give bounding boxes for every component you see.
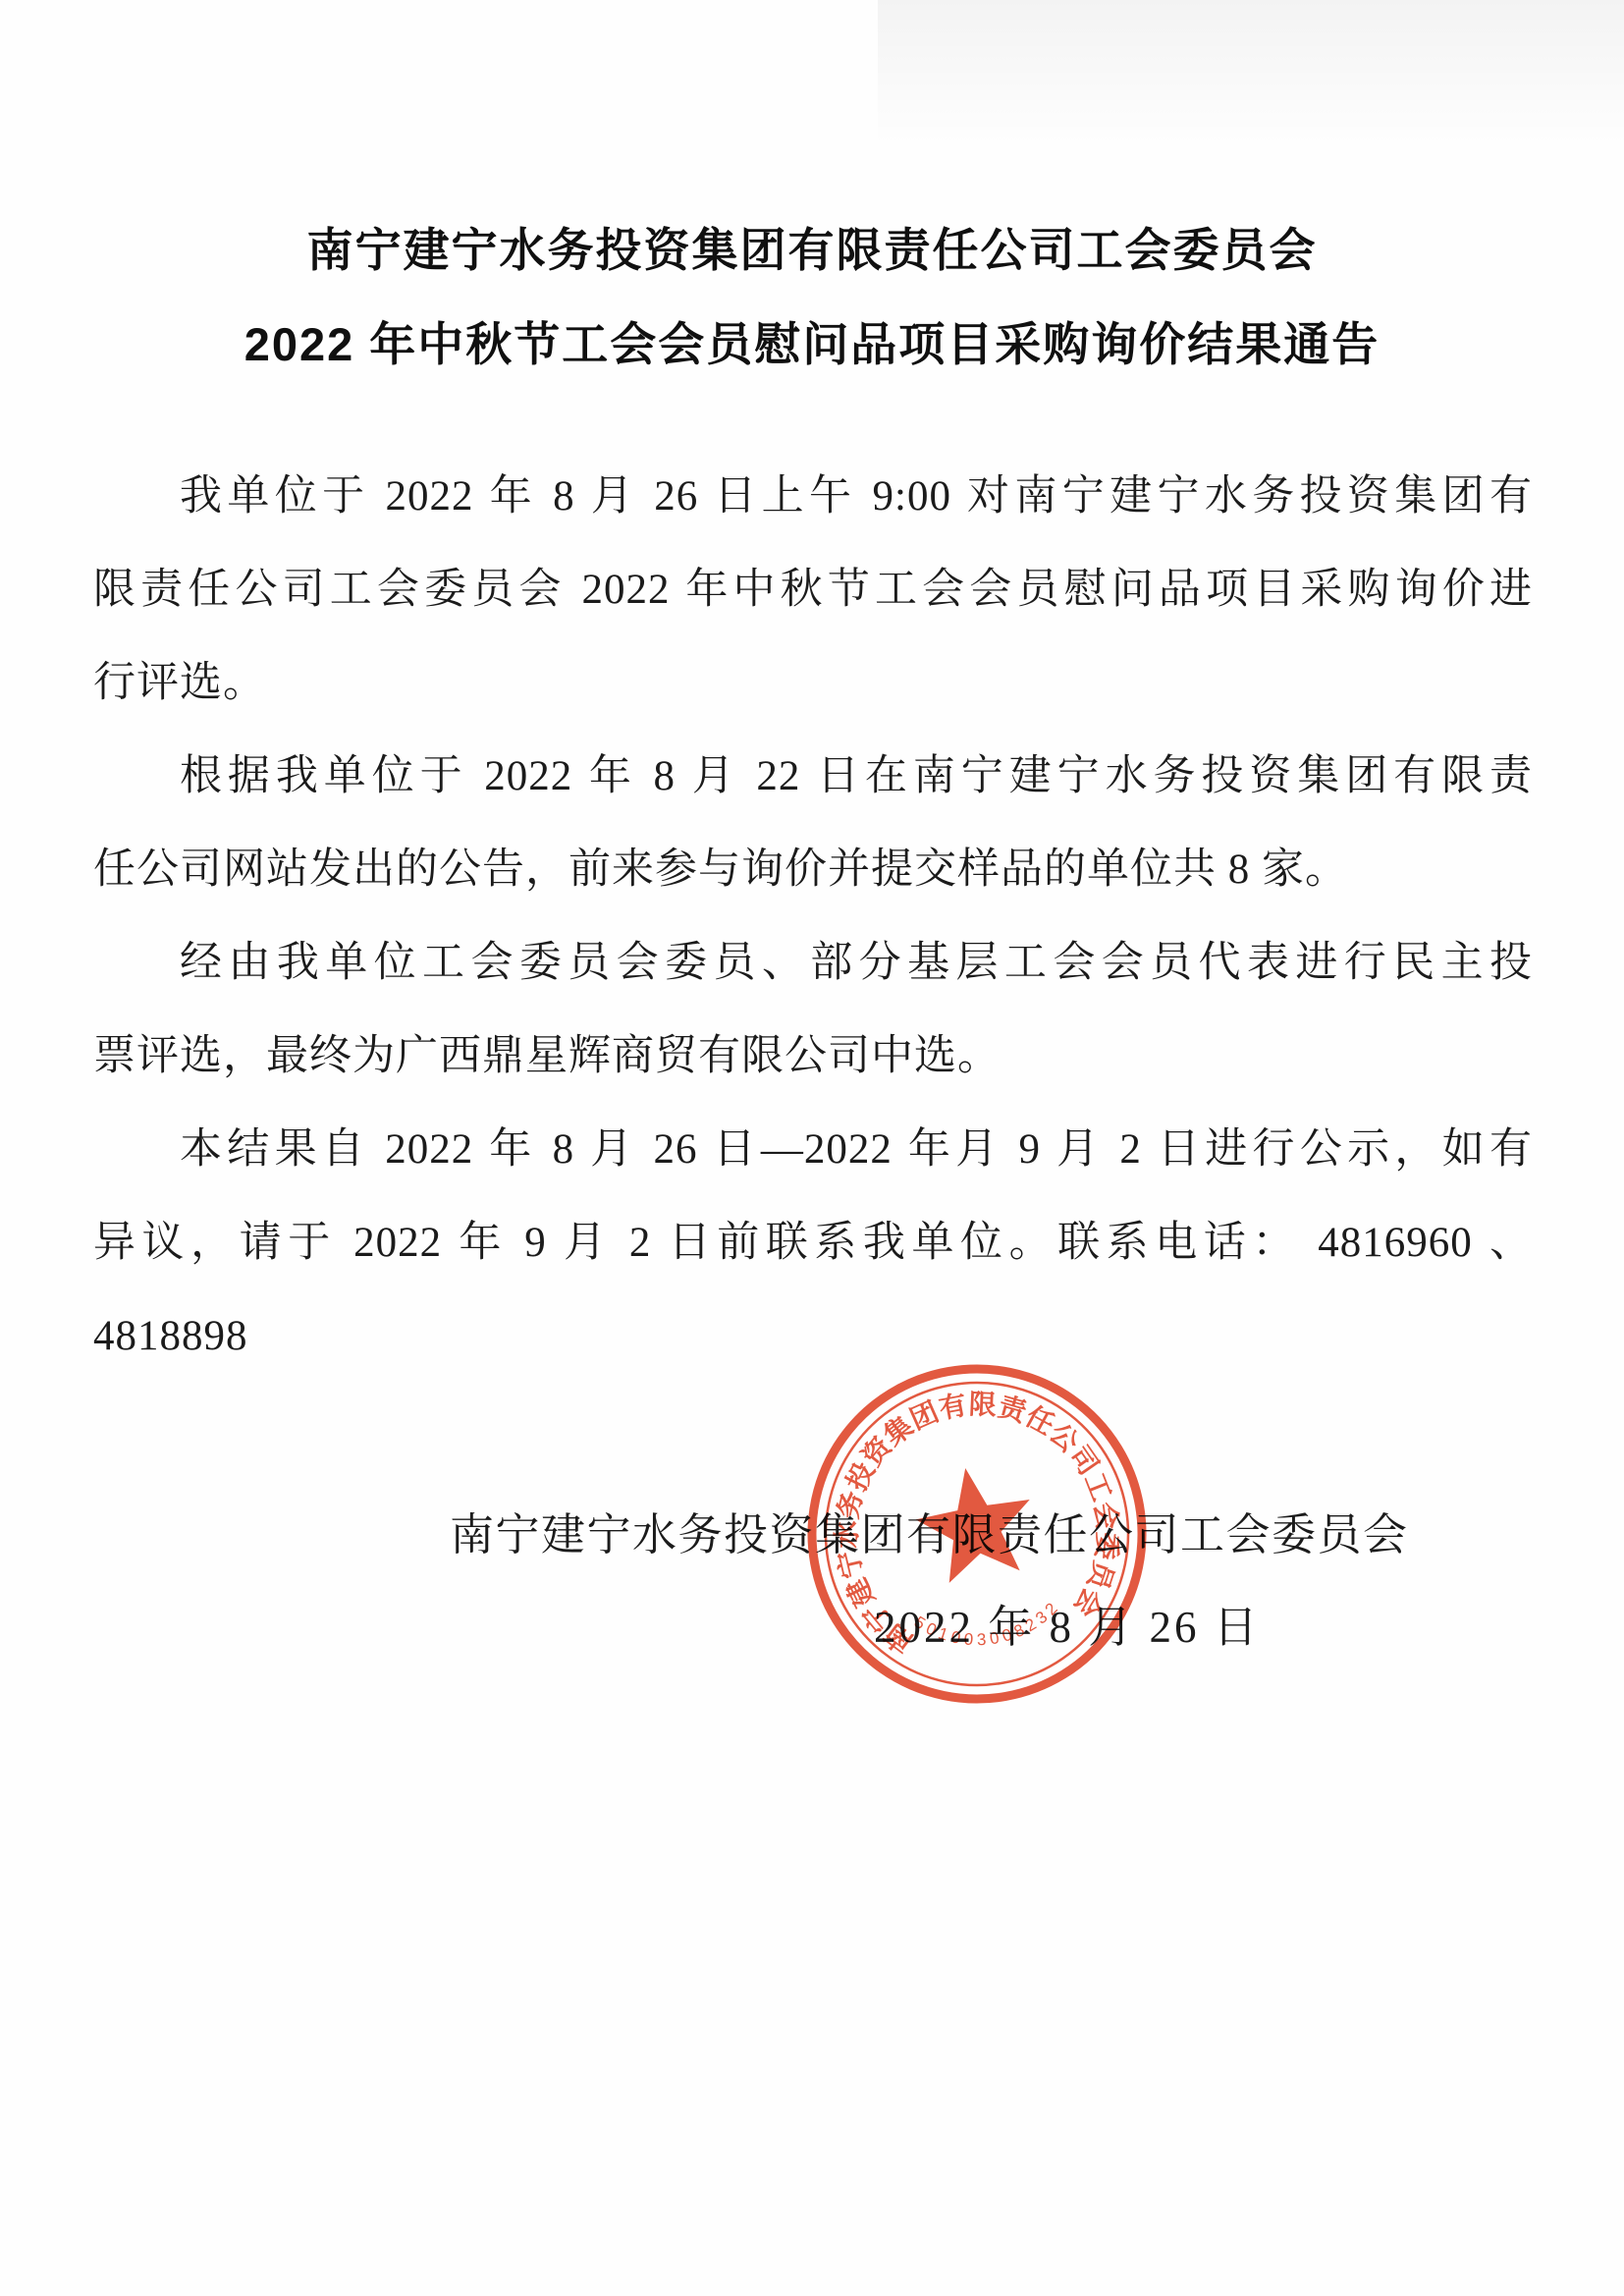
body-line: 经由我单位工会委员会委员、部分基层工会会员代表进行民主投 <box>93 916 1533 1010</box>
signature-date: 2022 年 8 月 26 日 <box>874 1591 1261 1655</box>
document-title-line2: 2022 年中秋节工会会员慰问品项目采购询价结果通告 <box>0 308 1624 374</box>
scan-artifact-shade <box>878 0 1624 147</box>
document-body: 我单位于 2022 年 8 月 26 日上午 9:00 对南宁建宁水务投资集团有… <box>93 450 1533 1383</box>
paragraph: 根据我单位于 2022 年 8 月 22 日在南宁建宁水务投资集团有限责 任公司… <box>93 730 1533 916</box>
body-line: 任公司网站发出的公告，前来参与询价并提交样品的单位共 8 家。 <box>93 823 1533 916</box>
body-line: 限责任公司工会委员会 2022 年中秋节工会会员慰问品项目采购询价进 <box>93 543 1533 636</box>
paragraph: 本结果自 2022 年 8 月 26 日—2022 年月 9 月 2 日进行公示… <box>93 1103 1533 1383</box>
body-line: 我单位于 2022 年 8 月 26 日上午 9:00 对南宁建宁水务投资集团有 <box>93 450 1533 543</box>
body-line: 根据我单位于 2022 年 8 月 22 日在南宁建宁水务投资集团有限责 <box>93 730 1533 823</box>
body-line: 异议，请于 2022 年 9 月 2 日前联系我单位。联系电话： 4816960… <box>93 1196 1533 1289</box>
signature-line: 南宁建宁水务投资集团有限责任公司工会委员会 <box>450 1499 1409 1562</box>
paragraph: 我单位于 2022 年 8 月 26 日上午 9:00 对南宁建宁水务投资集团有… <box>93 450 1533 730</box>
body-line: 票评选，最终为广西鼎星辉商贸有限公司中选。 <box>93 1010 1533 1103</box>
body-line: 4818898 <box>93 1289 1533 1383</box>
document-title-line1: 南宁建宁水务投资集团有限责任公司工会委员会 <box>0 214 1624 280</box>
paragraph: 经由我单位工会委员会委员、部分基层工会会员代表进行民主投 票评选，最终为广西鼎星… <box>93 916 1533 1103</box>
body-line: 本结果自 2022 年 8 月 26 日—2022 年月 9 月 2 日进行公示… <box>93 1103 1533 1196</box>
body-line: 行评选。 <box>93 636 1533 730</box>
document-page: 南宁建宁水务投资集团有限责任公司工会委员会 2022 年中秋节工会会员慰问品项目… <box>0 0 1624 2296</box>
